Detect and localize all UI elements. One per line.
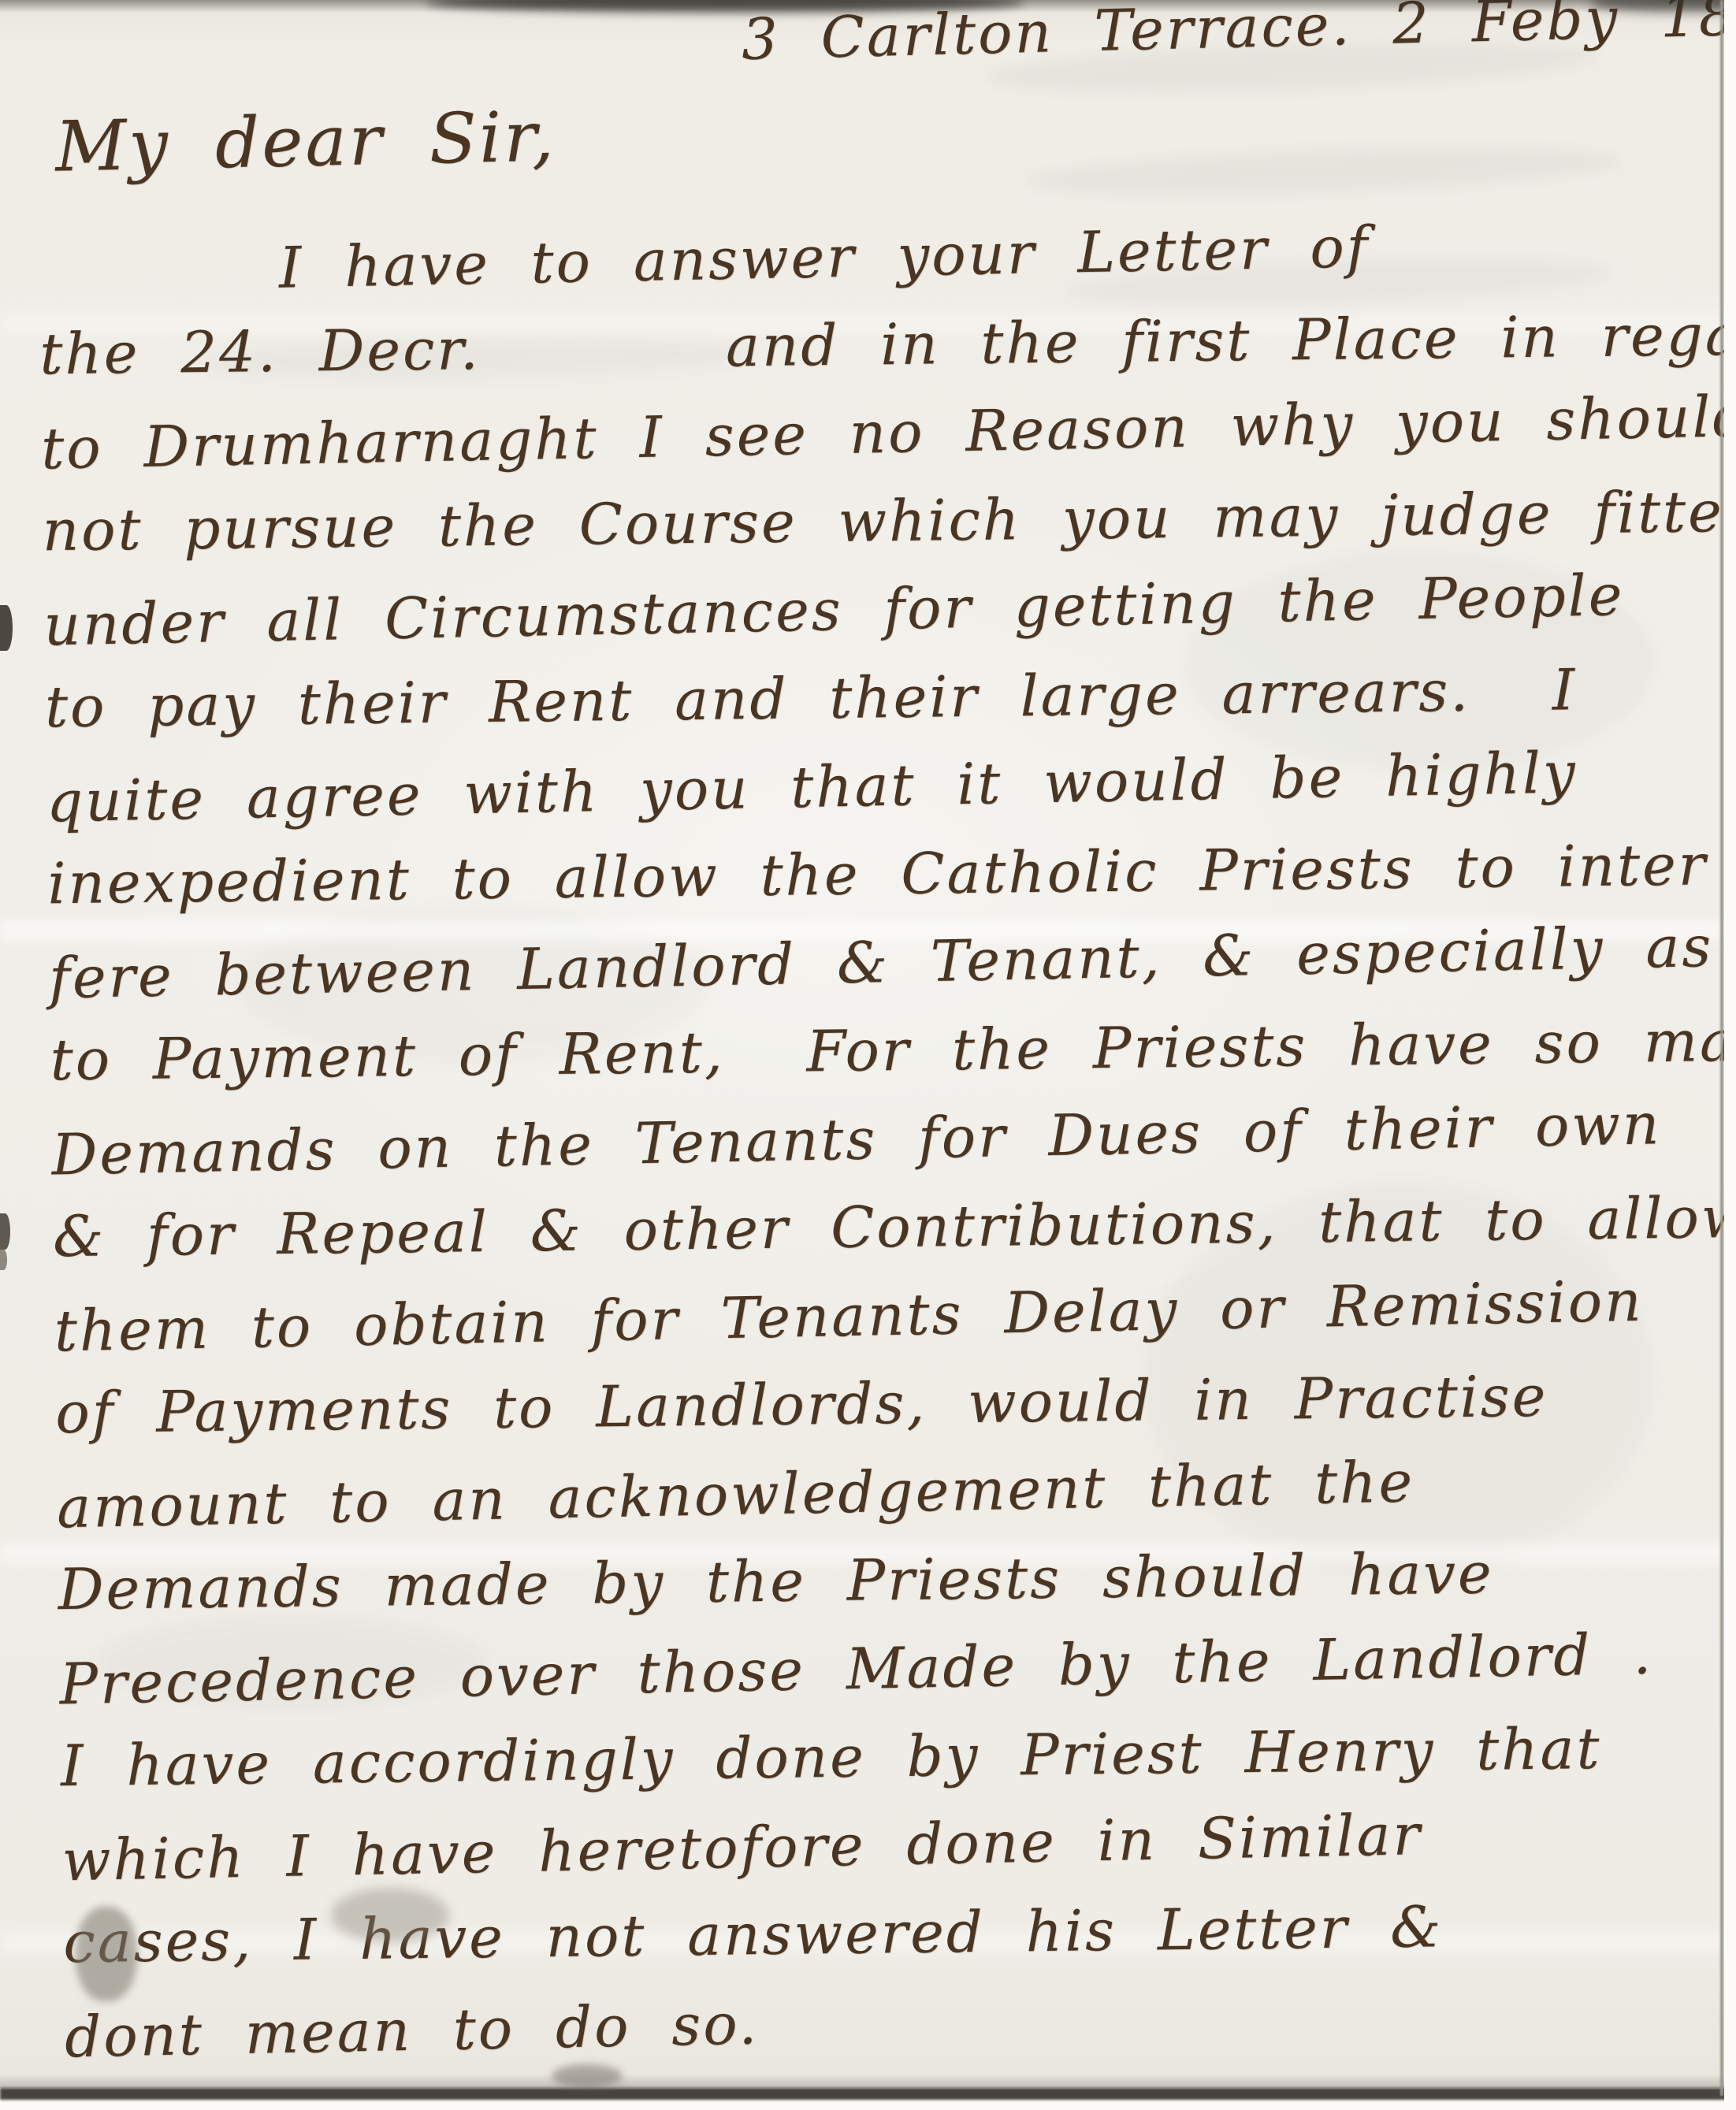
scanned-letter-page: 3 Carlton Terrace. 2 Feby 1846 My dear S… xyxy=(0,0,1736,2110)
scan-edge-shadow xyxy=(0,2074,1726,2088)
scan-edge-bottom xyxy=(0,2088,1726,2100)
letter-salutation: My dear Sir, xyxy=(54,95,557,187)
scan-margin-right xyxy=(1724,0,1736,2110)
letter-body: I have to answer your Letter of the 24. … xyxy=(38,200,1720,2078)
scan-edge-right xyxy=(1720,0,1723,2096)
